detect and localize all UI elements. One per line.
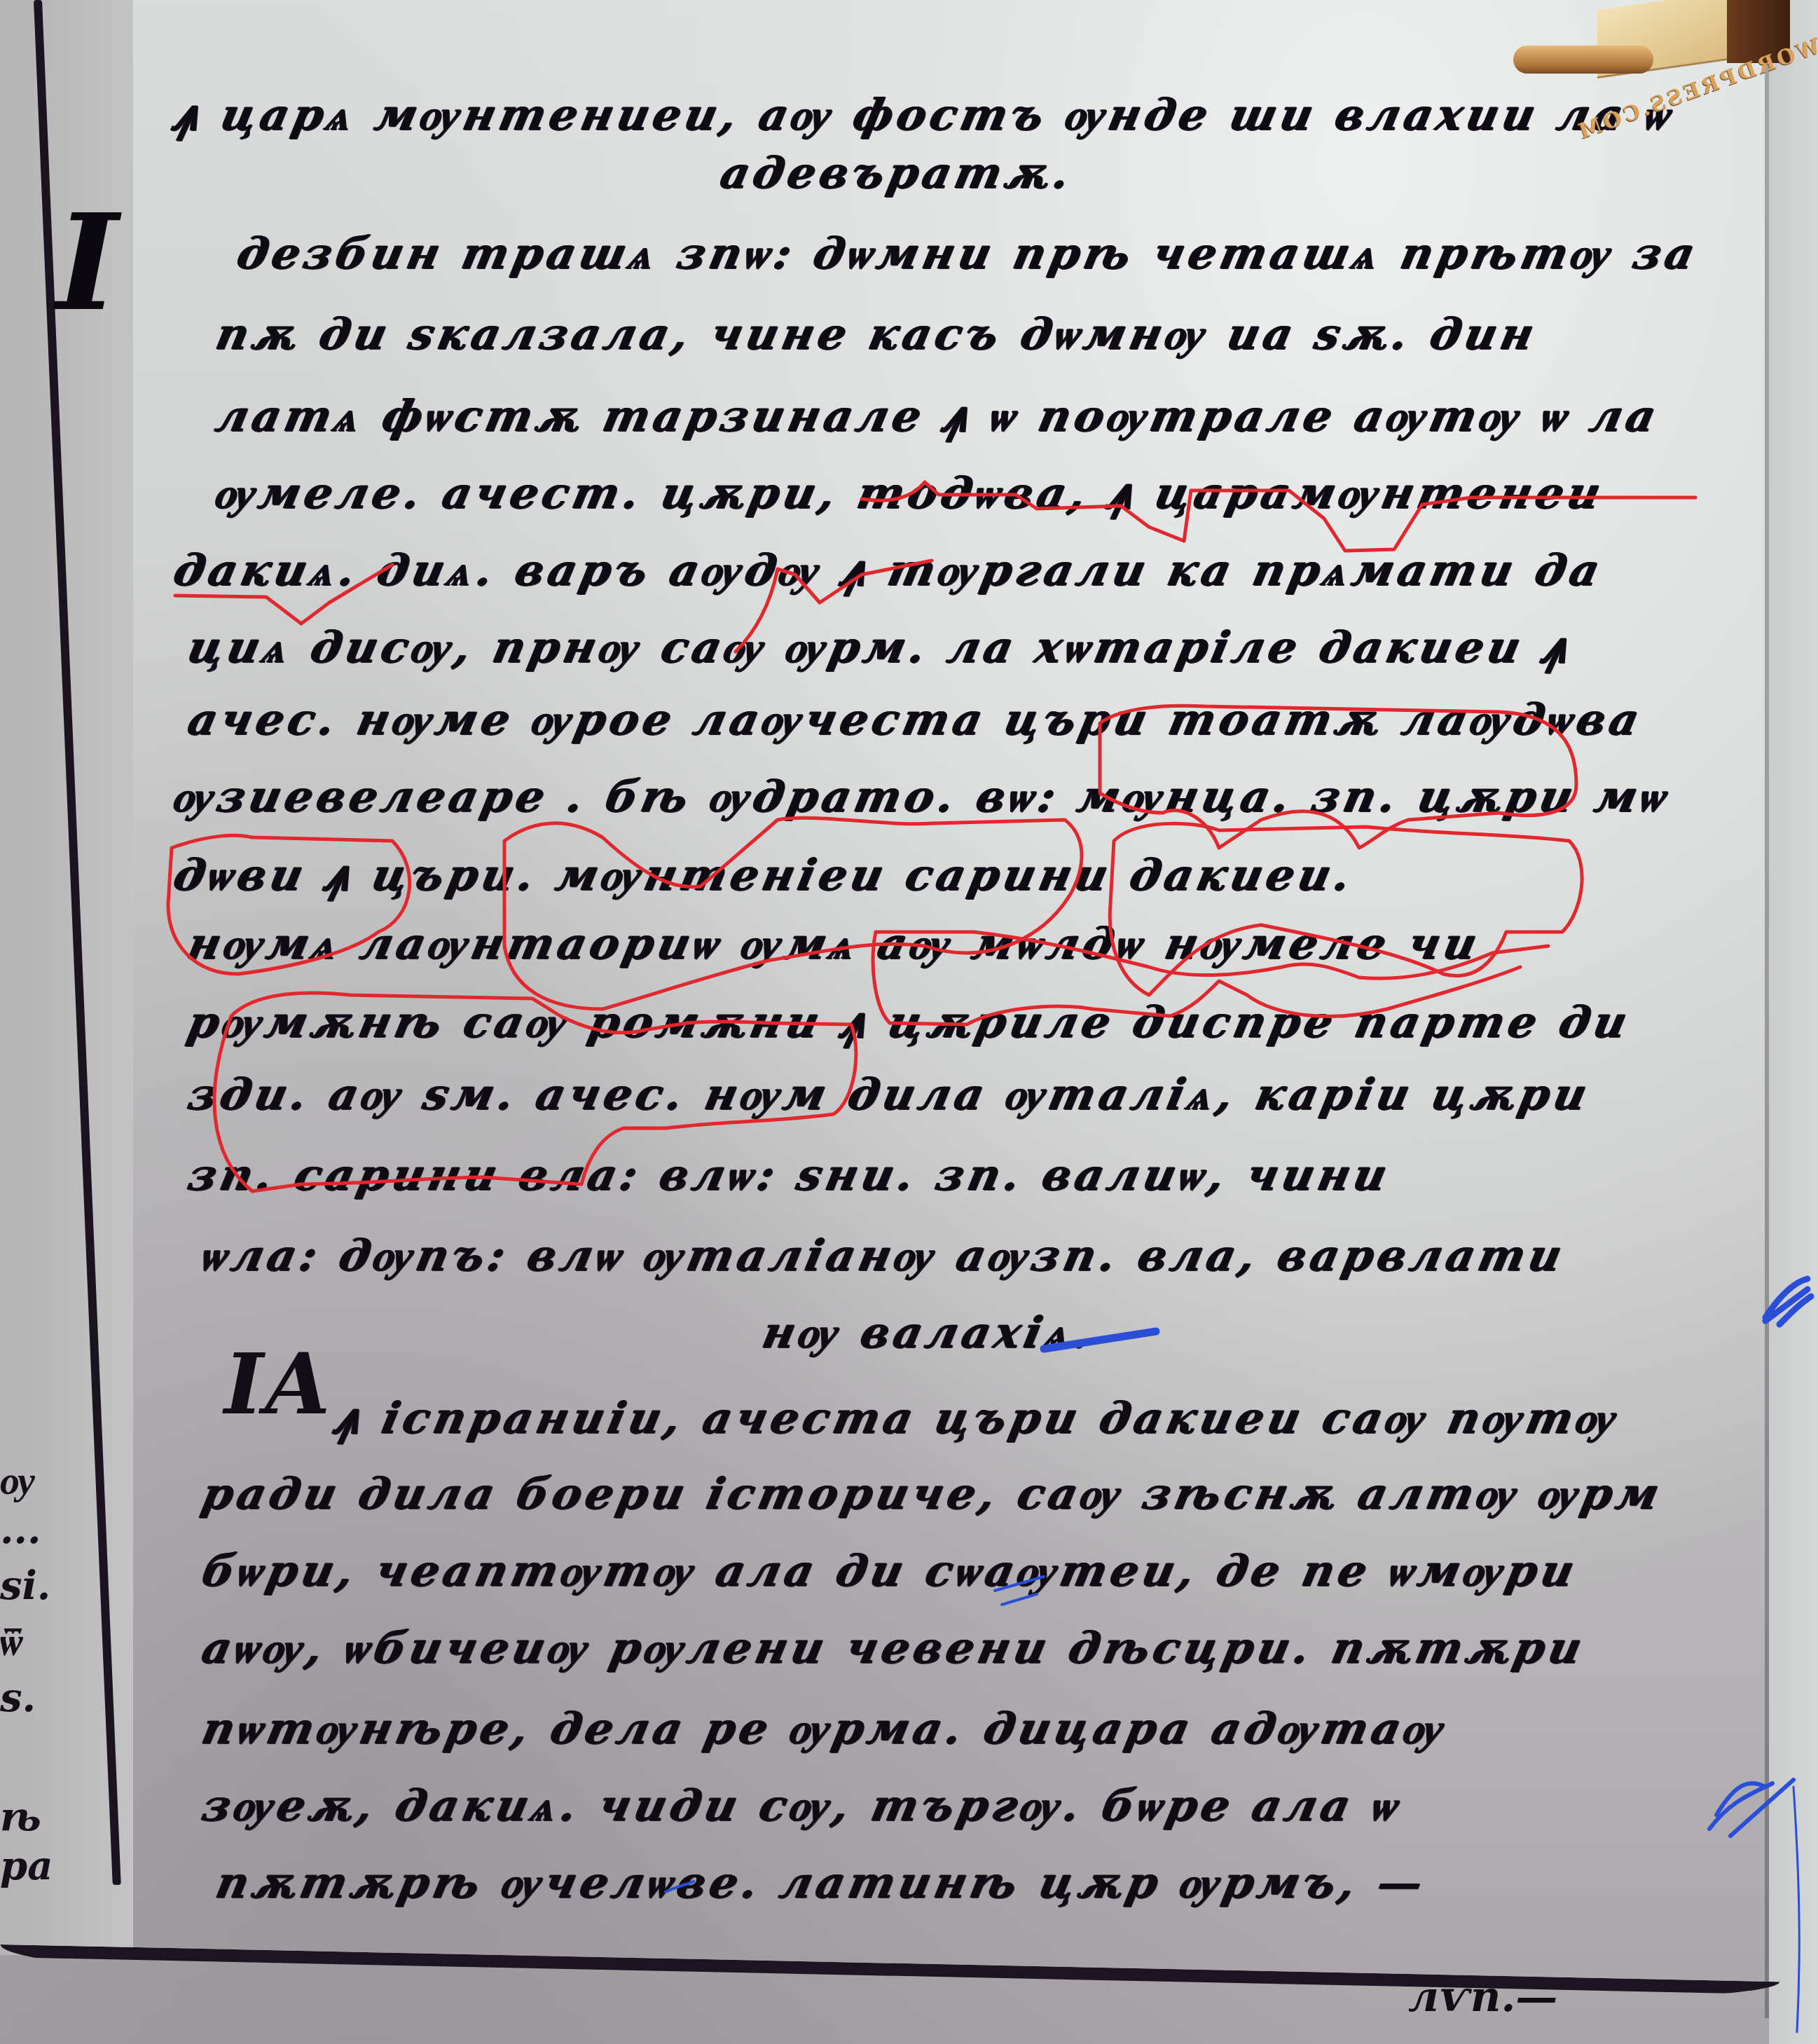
manuscript-line-15: зп. сарини вла: влѡ: ѕни. зп. валиѡ, чин… (184, 1149, 1396, 1201)
left-fragment: ѣ (0, 1794, 41, 1840)
left-fragment: ... (0, 1507, 41, 1553)
manuscript-line-10: ѹзиевелеаре . бѣ ѹдрато. вѡ: мѹнца. зп. … (170, 771, 1676, 823)
right-page-edge-strip (1769, 0, 1818, 2044)
manuscript-line-23: зѹеѫ, дакиѧ. чиди сѹ, търгѹ. бѡре ала ѡ (198, 1780, 1407, 1832)
manuscript-line-9: ачес. нѹме ѹрое лаѹчеста църи тоатѫ лаѹд… (184, 694, 1648, 746)
left-fragment: ѕі. (0, 1563, 50, 1609)
left-fragment: ѿ (0, 1619, 22, 1665)
manuscript-line-11: дѡви ꙟ църи. мѹнтеніеи сарини дакиеи. (169, 844, 1361, 903)
section-mark-ia: ІА (224, 1335, 332, 1434)
manuscript-line-16: ѡла: дѹпъ: влѡ ѹталіанѹ аѹзп. вла, варвл… (198, 1230, 1571, 1282)
right-page-shadow-line (1765, 0, 1769, 2018)
left-fragment: ѹ (0, 1457, 35, 1504)
manuscript-line-14: зди. аѹ ѕм. ачес. нѹм дила ѹталіѧ, каріи… (184, 1069, 1595, 1120)
manuscript-line-17: нѹ валахіѧ. (758, 1307, 1099, 1359)
left-fragment: ѕ. (0, 1675, 36, 1721)
manuscript-line-13: рѹмѫнѣ саѹ ромѫни ꙟ цѫриле диспре парте … (183, 992, 1637, 1050)
manuscript-line-7: дакиѧ. диѧ. варъ аѹдѹ ꙟ тѹргали ка прѧма… (169, 540, 1609, 598)
manuscript-line-2: адевъратѫ. (716, 147, 1078, 198)
manuscript-line-18: ꙟ іспраниіи, ачеста църи дакиеи саѹ пѹтѹ (330, 1387, 1626, 1446)
drop-cap-section-i: І (56, 196, 118, 329)
manuscript-line-8: циѧ дисѹ, прнѹ саѹ ѹрм. ла хѡтаріле даки… (183, 617, 1578, 675)
wordpress-watermark: WORDPRESS.COM (1464, 0, 1818, 140)
manuscript-line-20: бѡри, чеаптѹтѹ ала ди сѡаѹтеи, де пе ѡмѹ… (198, 1545, 1583, 1597)
manuscript-line-4: пѫ ди ѕкалзала, чине касъ дѡмнѹ иа ѕѫ. д… (212, 308, 1543, 360)
manuscript-line-12: нѹмѧ лаѹнтаориѡ ѹмѧ аѹ мѡлдѡ нѹмеле чи (184, 918, 1486, 970)
scroll-icon (1513, 46, 1653, 74)
manuscript-line-21: аѡѹ, ѡбичеиѹ рѹлени чевени дѣсцри. пѫтѫр… (198, 1622, 1590, 1674)
manuscript-line-1: ꙟ царѧ мѹнтениеи, аѹ фостъ ѹнде ши влахи… (169, 84, 1681, 143)
manuscript-line-22: пѡтѹнѣре, дела ре ѹрма. дицара адѹтаѹ (198, 1703, 1453, 1755)
manuscript-line-6: ѹмеле. ачест. цѫри, тодѡва, ꙟ царамѹнтен… (211, 462, 1611, 521)
manuscript-line-19: ради дила боери істориче, саѹ зѣснѫ алтѹ… (198, 1468, 1668, 1520)
manuscript-line-3: дезбин трашѧ зпѡ: дѡмни прѣ четашѧ прѣтѹ… (233, 228, 1704, 280)
manuscript-line-24: пѫтѫрѣ ѹчелѡве. латинѣ цѫр ѹрмъ, — (212, 1857, 1431, 1909)
page-number: лѵп.— (1408, 1973, 1557, 2022)
left-fragment: ра (0, 1843, 53, 1889)
manuscript-line-5: латѧ фѡстѫ тарзинале ꙟ ѡ поѹтрале аѹтѹ ѡ… (211, 385, 1666, 444)
